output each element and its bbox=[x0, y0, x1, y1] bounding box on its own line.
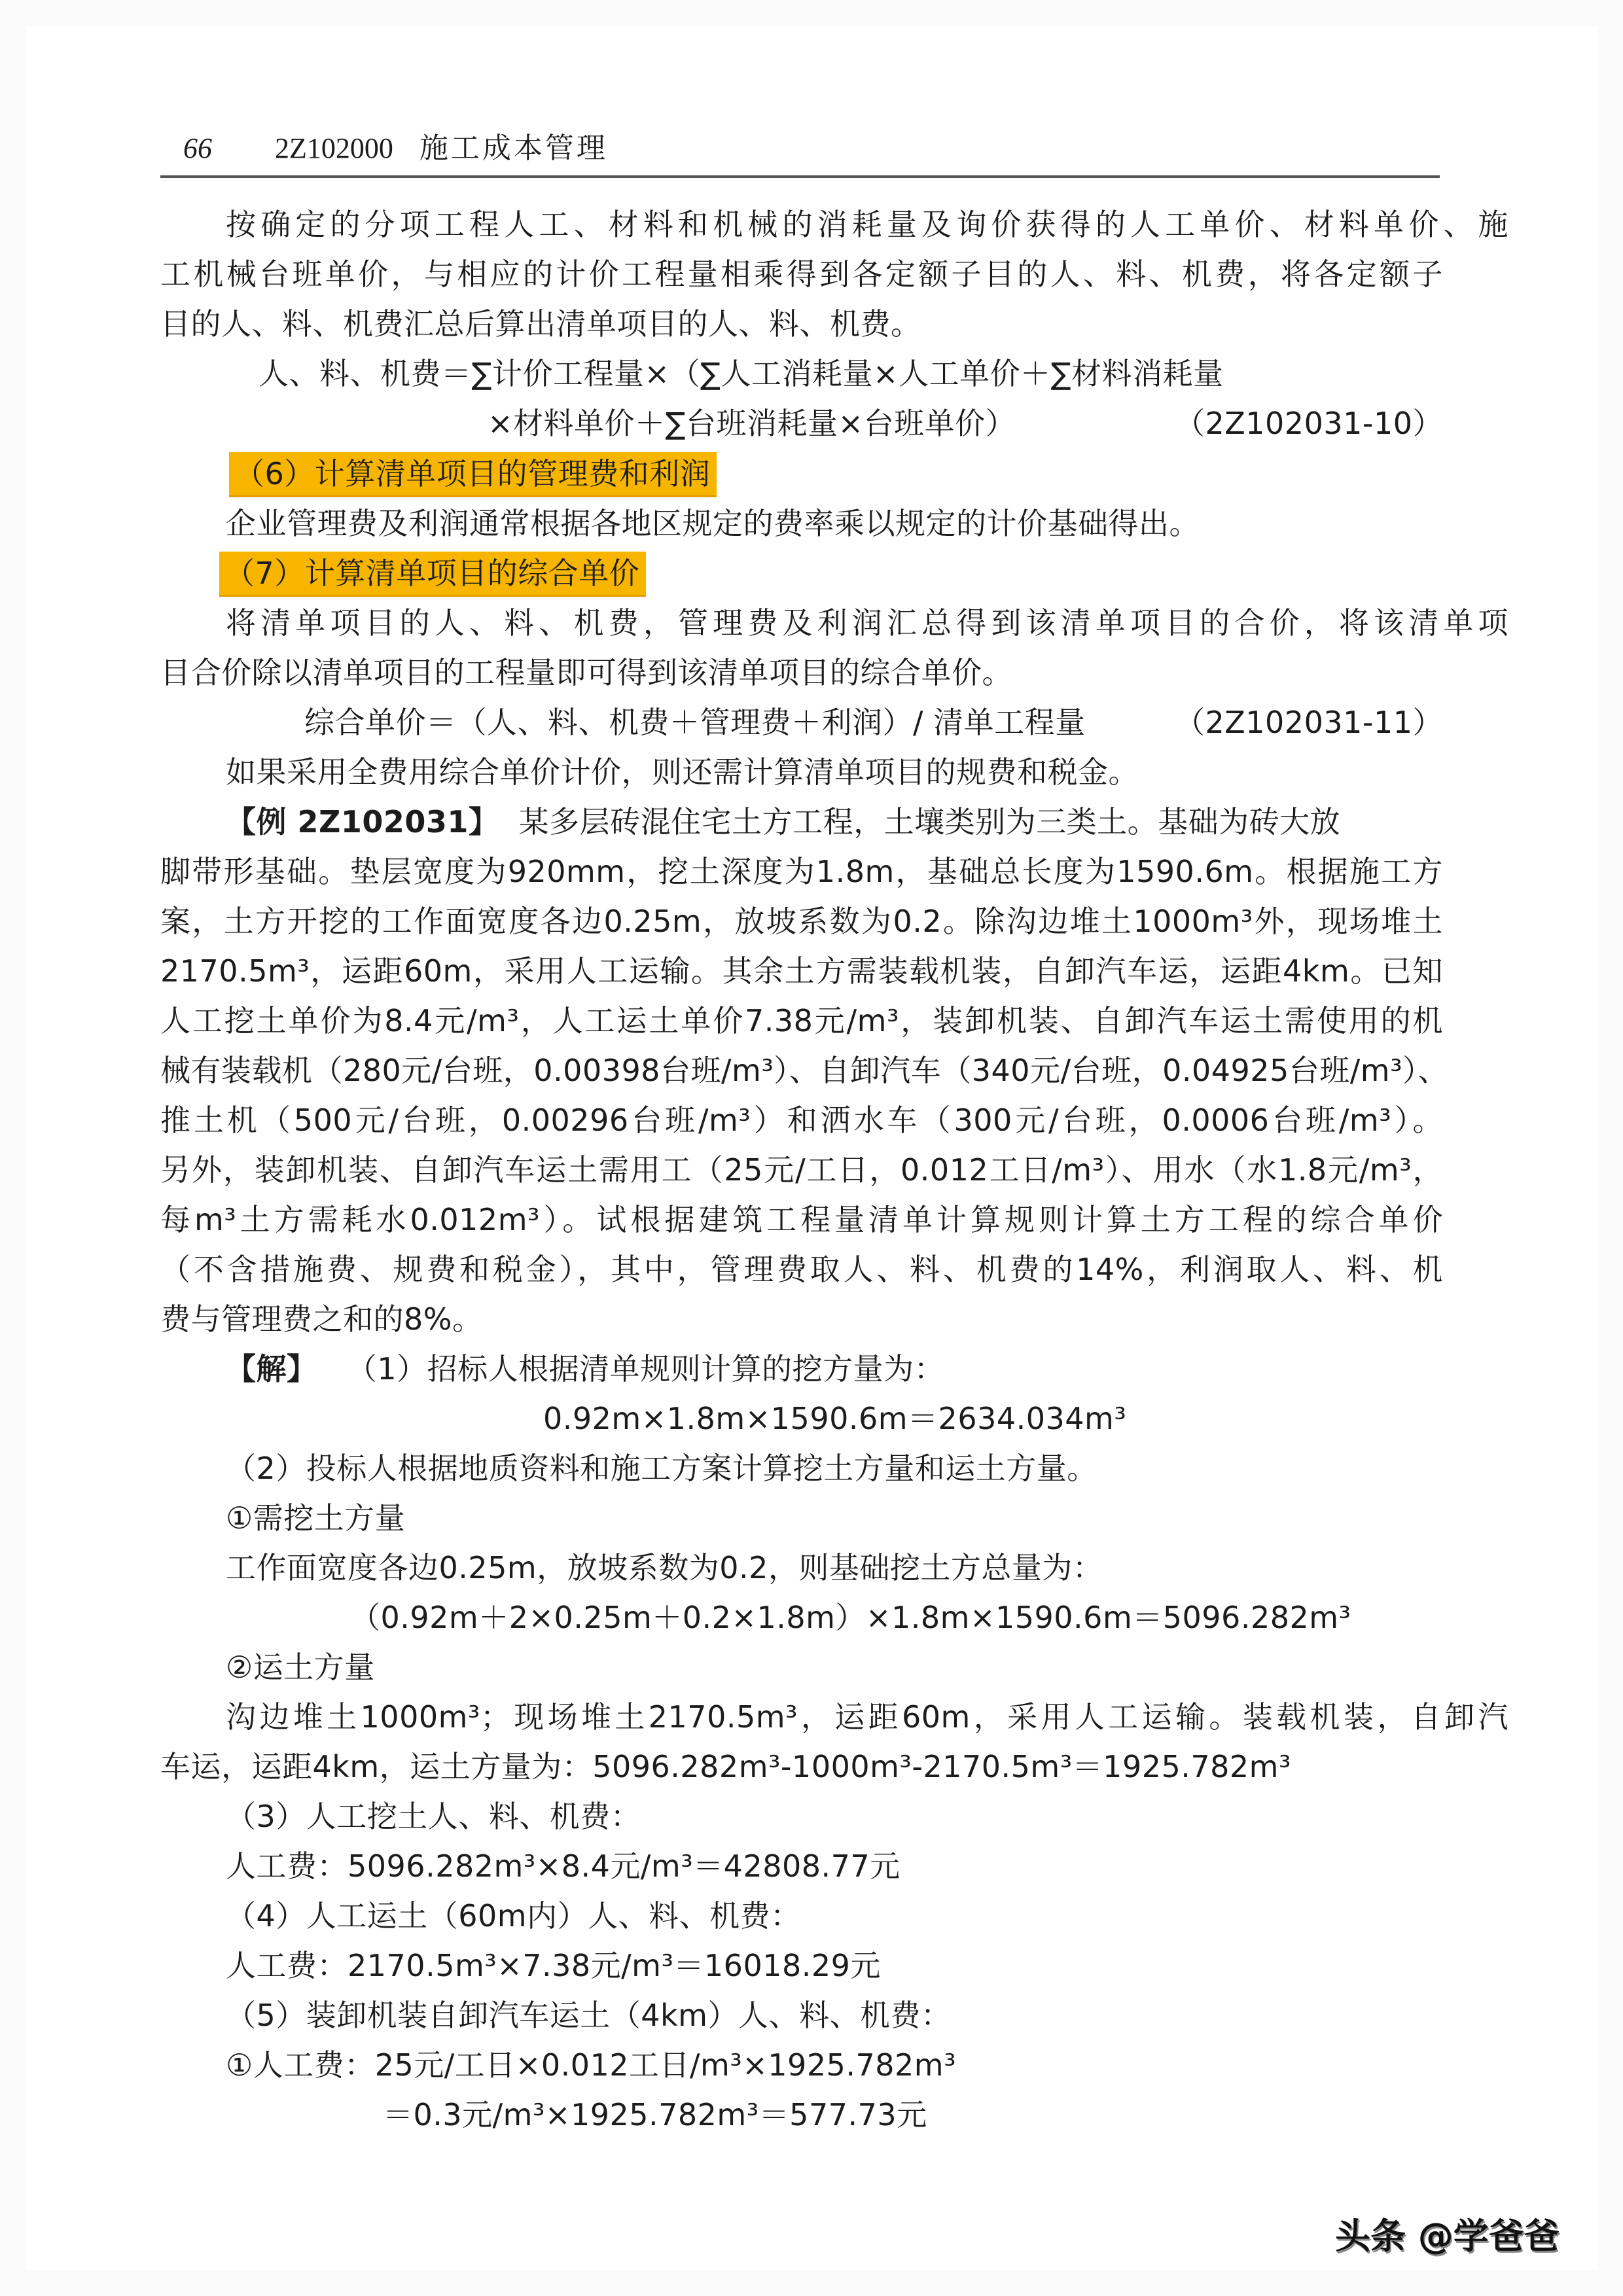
paragraph-line: 企业管理费及利润通常根据各地区规定的费率乘以规定的计价基础得出。 bbox=[160, 499, 1508, 548]
formula-line: （0.92m＋2×0.25m＋0.2×1.8m）×1.8m×1590.6m＝50… bbox=[160, 1593, 1623, 1642]
example-text: 某多层砖混住宅土方工程，土壤类别为三类土。基础为砖大放 bbox=[519, 804, 1341, 839]
solution-line: 【解】 （1）招标人根据清单规则计算的挖方量为： bbox=[160, 1344, 1508, 1394]
formula-line-2: ×材料单价＋∑台班消耗量×台班单价） （2Z102031-10） bbox=[160, 398, 1443, 448]
equation-number: （2Z102031-10） bbox=[1175, 398, 1443, 448]
paragraph-line: （2）投标人根据地质资料和施工方案计算挖土方量和运土方量。 bbox=[160, 1443, 1508, 1493]
section-code: 2Z102000 bbox=[275, 132, 393, 164]
paragraph-line: （3）人工挖土人、料、机费： bbox=[160, 1792, 1508, 1841]
formula-text: 综合单价＝（人、料、机费＋管理费＋利润）/ 清单工程量 bbox=[160, 705, 1086, 740]
section-title: 施工成本管理 bbox=[419, 132, 608, 165]
paragraph-line: 每m³土方需耗水0.012m³）。试根据建筑工程量清单计算规则计算土方工程的综合… bbox=[160, 1195, 1443, 1245]
paragraph-line: （5）装卸机装自卸汽车运土（4km）人、料、机费： bbox=[160, 1990, 1508, 2040]
paragraph-line: 按确定的分项工程人工、材料和机械的消耗量及询价获得的人工单价、材料单价、施 bbox=[160, 200, 1508, 249]
paragraph-line: 另外，装卸机装、自卸汽车运土需用工（25元/工日，0.012工日/m³）、用水（… bbox=[160, 1145, 1443, 1195]
example-line: 【例 2Z102031】 某多层砖混住宅土方工程，土壤类别为三类土。基础为砖大放 bbox=[160, 797, 1508, 847]
paragraph-line: 工作面宽度各边0.25m，放坡系数为0.2，则基础挖土方总量为： bbox=[160, 1543, 1508, 1593]
paragraph-line: 脚带形基础。垫层宽度为920mm，挖土深度为1.8m，基础总长度为1590.6m… bbox=[160, 847, 1443, 896]
running-header: 662Z102000施工成本管理 bbox=[183, 124, 608, 164]
subheading-7: （7）计算清单项目的综合单价 bbox=[219, 548, 1502, 598]
formula-line: 人、料、机费＝∑计价工程量×（∑人工消耗量×人工单价＋∑材料消耗量 bbox=[160, 349, 1541, 398]
solution-text: （1）招标人根据清单规则计算的挖方量为： bbox=[347, 1351, 944, 1386]
paragraph-line: ①需挖土方量 bbox=[160, 1493, 1508, 1543]
solution-label: 【解】 bbox=[226, 1351, 317, 1386]
example-label: 【例 2Z102031】 bbox=[226, 804, 499, 839]
paragraph-line: 费与管理费之和的8%。 bbox=[160, 1294, 1443, 1344]
page-number: 66 bbox=[183, 132, 275, 165]
highlighted-heading: （6）计算清单项目的管理费和利润 bbox=[229, 452, 717, 495]
paragraph-line: ①人工费：25元/工日×0.012工日/m³×1925.782m³ bbox=[160, 2040, 1508, 2090]
paragraph-line: 目合价除以清单项目的工程量即可得到该清单项目的综合单价。 bbox=[160, 648, 1443, 698]
header-rule bbox=[160, 175, 1440, 178]
paragraph-line: 车运，运距4km，运土方量为：5096.282m³-1000m³-2170.5m… bbox=[160, 1742, 1443, 1792]
formula-line: ＝0.3元/m³×1925.782m³＝577.73元 bbox=[160, 2090, 1623, 2140]
paragraph-line: 械有装载机（280元/台班，0.00398台班/m³）、自卸汽车（340元/台班… bbox=[160, 1046, 1443, 1095]
paragraph-line: 如果采用全费用综合单价计价，则还需计算清单项目的规费和税金。 bbox=[160, 747, 1508, 797]
paragraph-line: 人工挖土单价为8.4元/m³，人工运土单价7.38元/m³，装卸机装、自卸汽车运… bbox=[160, 996, 1443, 1046]
highlighted-heading: （7）计算清单项目的综合单价 bbox=[219, 552, 646, 595]
paragraph-line: 推土机（500元/台班，0.00296台班/m³）和洒水车（300元/台班，0.… bbox=[160, 1095, 1443, 1145]
paragraph-line: 案，土方开挖的工作面宽度各边0.25m，放坡系数为0.2。除沟边堆土1000m³… bbox=[160, 896, 1443, 946]
formula-line: 0.92m×1.8m×1590.6m＝2634.034m³ bbox=[160, 1394, 1623, 1443]
formula-line: 综合单价＝（人、料、机费＋管理费＋利润）/ 清单工程量 （2Z102031-11… bbox=[160, 698, 1443, 747]
equation-number: （2Z102031-11） bbox=[1175, 698, 1443, 747]
paragraph-line: 工机械台班单价，与相应的计价工程量相乘得到各定额子目的人、料、机费，将各定额子 bbox=[160, 249, 1443, 299]
paragraph-line: 人工费：2170.5m³×7.38元/m³＝16018.29元 bbox=[160, 1941, 1508, 1990]
paragraph-line: 目的人、料、机费汇总后算出清单项目的人、料、机费。 bbox=[160, 299, 1443, 349]
paragraph-line: ②运土方量 bbox=[160, 1642, 1508, 1692]
paragraph-line: （不含措施费、规费和税金），其中，管理费取人、料、机费的14%，利润取人、料、机 bbox=[160, 1245, 1443, 1294]
watermark: 头条 @学爸爸 bbox=[1335, 2208, 1560, 2259]
paragraph-line: 沟边堆土1000m³；现场堆土2170.5m³，运距60m，采用人工运输。装载机… bbox=[160, 1692, 1508, 1742]
paragraph-line: 将清单项目的人、料、机费，管理费及利润汇总得到该清单项目的合价，将该清单项 bbox=[160, 598, 1508, 648]
paragraph-line: （4）人工运土（60m内）人、料、机费： bbox=[160, 1891, 1508, 1941]
subheading-6: （6）计算清单项目的管理费和利润 bbox=[229, 449, 1512, 499]
paragraph-line: 2170.5m³，运距60m，采用人工运输。其余土方需装载机装，自卸汽车运，运距… bbox=[160, 946, 1443, 996]
paragraph-line: 人工费：5096.282m³×8.4元/m³＝42808.77元 bbox=[160, 1841, 1508, 1891]
formula-text: ×材料单价＋∑台班消耗量×台班单价） bbox=[160, 406, 1016, 441]
